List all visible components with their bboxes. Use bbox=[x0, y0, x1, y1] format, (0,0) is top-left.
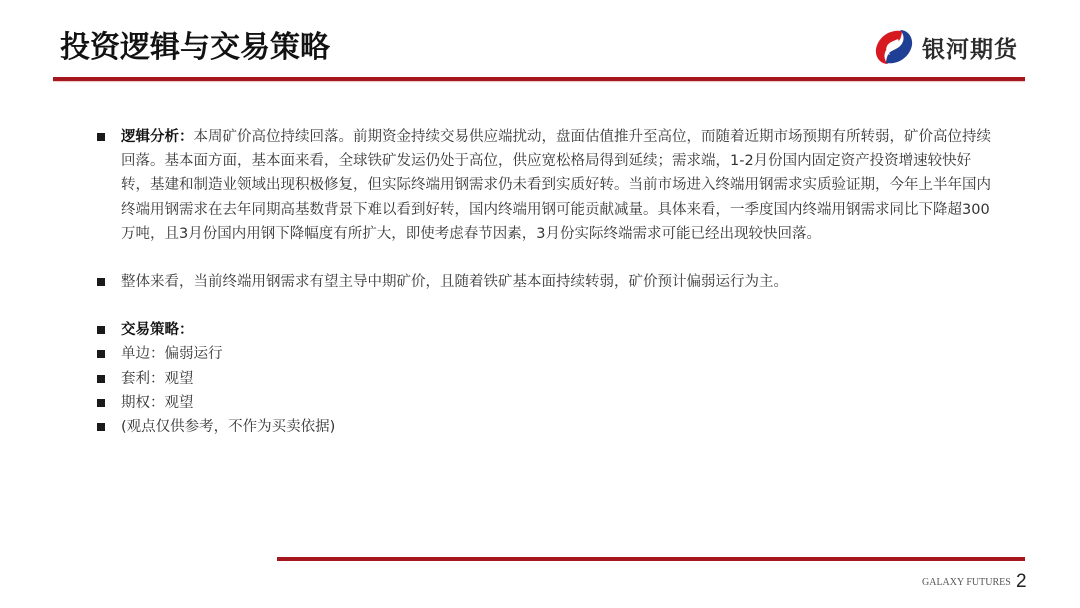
page-title: 投资逻辑与交易策略 bbox=[60, 26, 330, 70]
strategy-label: 交易策略 bbox=[121, 322, 179, 338]
bullet-logic-analysis: 逻辑分析：本周矿价高位持续回落。前期资金持续交易供应端扰动，盘面估值推升至高位，… bbox=[96, 125, 996, 246]
galaxy-logo-icon bbox=[872, 27, 916, 67]
footer-brand: GALAXY FUTURES bbox=[922, 577, 1011, 588]
logic-colon: ： bbox=[179, 129, 194, 145]
bullet-disclaimer: (观点仅供参考，不作为买卖依据) bbox=[96, 415, 996, 439]
bullet-overall: 整体来看，当前终端用钢需求有望主导中期矿价，且随着铁矿基本面持续转弱，矿价预计偏… bbox=[96, 270, 996, 294]
strategy-item-text: 套利：观望 bbox=[121, 371, 194, 387]
logic-text: 本周矿价高位持续回落。前期资金持续交易供应端扰动，盘面估值推升至高位，而随着近期… bbox=[121, 129, 991, 242]
square-bullet-icon bbox=[97, 423, 105, 431]
page-number: 2 bbox=[1016, 571, 1027, 593]
header-divider bbox=[53, 77, 1025, 81]
overall-text: 整体来看，当前终端用钢需求有望主导中期矿价，且随着铁矿基本面持续转弱，矿价预计偏… bbox=[121, 274, 788, 290]
logo-text: 银河期货 bbox=[922, 31, 1018, 64]
square-bullet-icon bbox=[97, 278, 105, 286]
bullet-strategy-options: 期权：观望 bbox=[96, 391, 996, 415]
square-bullet-icon bbox=[97, 326, 105, 334]
strategy-item-text: 期权：观望 bbox=[121, 395, 194, 411]
bullet-strategy-heading: 交易策略： bbox=[96, 318, 996, 342]
footer-divider bbox=[277, 557, 1025, 561]
square-bullet-icon bbox=[97, 350, 105, 358]
strategy-colon: ： bbox=[179, 322, 194, 338]
bullet-strategy-arbitrage: 套利：观望 bbox=[96, 367, 996, 391]
disclaimer-text: (观点仅供参考，不作为买卖依据) bbox=[121, 419, 335, 435]
square-bullet-icon bbox=[97, 399, 105, 407]
square-bullet-icon bbox=[97, 375, 105, 383]
square-bullet-icon bbox=[97, 133, 105, 141]
logic-label: 逻辑分析 bbox=[121, 129, 179, 145]
slide-content: 逻辑分析：本周矿价高位持续回落。前期资金持续交易供应端扰动，盘面估值推升至高位，… bbox=[96, 125, 996, 439]
company-logo: 银河期货 bbox=[872, 27, 1018, 67]
strategy-item-text: 单边：偏弱运行 bbox=[121, 346, 223, 362]
bullet-strategy-single: 单边：偏弱运行 bbox=[96, 342, 996, 366]
